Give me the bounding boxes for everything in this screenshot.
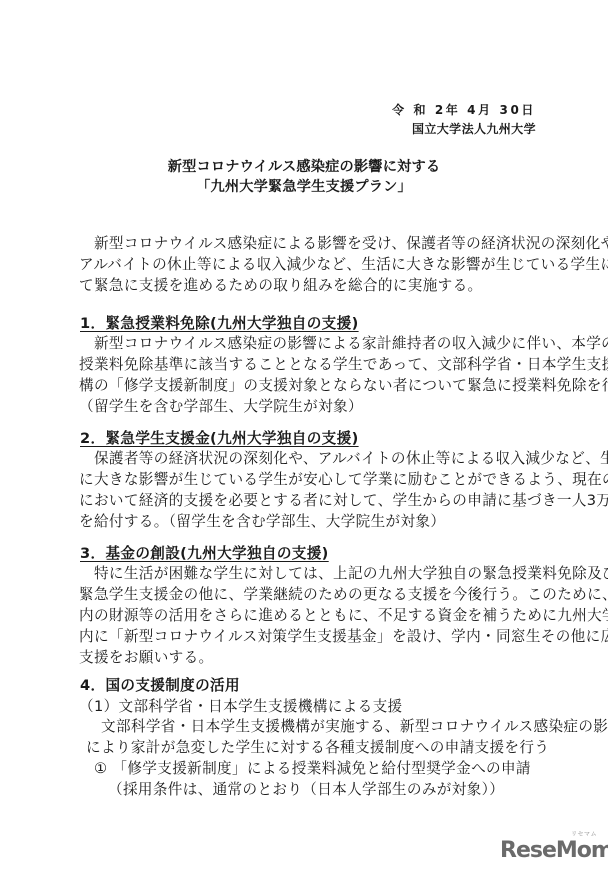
- section-heading-4: 4．国の支援制度の活用: [80, 676, 240, 696]
- section-4-line: により家計が急変した学生に対する各種支援制度への申請支援を行う: [86, 738, 549, 758]
- section-2-line: を給付する。（留学生を含む学部生、大学院生が対象）: [79, 512, 445, 532]
- watermark-kana: リセマム: [571, 829, 597, 838]
- section-3-line: 特に生活が困難な学生に対しては、上記の九州大学独自の緊急授業料免除及び: [79, 564, 608, 584]
- section-1-line: 新型コロナウイルス感染症の影響による家計維持者の収入減少に伴い、本学の: [79, 334, 608, 354]
- resemom-logo: ReseMom: [500, 838, 608, 863]
- section-heading-1: 1．緊急授業料免除(九州大学独自の支援): [80, 314, 359, 334]
- intro-line: て緊急に支援を進めるための取り組みを総合的に実施する。: [79, 276, 482, 296]
- section-3-line: 緊急学生支援金の他に、学業継続のための更なる支援を今後行う。このために、学: [79, 585, 608, 605]
- section-1-line: 授業料免除基準に該当することとなる学生であって、文部科学省・日本学生支援機: [79, 355, 608, 375]
- section-4-line: 文部科学省・日本学生支援機構が実施する、新型コロナウイルス感染症の影響: [101, 717, 608, 737]
- section-2-line: 保護者等の経済状況の深刻化や、アルバイトの休止等による収入減少など、生活: [79, 449, 608, 469]
- section-1-line: （留学生を含む学部生、大学院生が対象）: [79, 397, 363, 417]
- document-page: 令 和 2年 4月 30日 国立大学法人九州大学 新型コロナウイルス感染症の影響…: [0, 0, 608, 874]
- section-4-subheading: （1）文部科学省・日本学生支援機構による支援: [79, 697, 402, 717]
- section-3-line: 内の財源等の活用をさらに進めるとともに、不足する資金を補うために九州大学基金: [79, 606, 608, 626]
- section-heading-3: 3．基金の創設(九州大学独自の支援): [80, 544, 329, 564]
- section-4-item: ① 「修学支援新制度」による授業料減免と給付型奨学金への申請: [94, 759, 531, 779]
- issuing-organization: 国立大学法人九州大学: [412, 119, 536, 139]
- section-1-line: 構の「修学支援新制度」の支援対象とならない者について緊急に授業料免除を行う。: [79, 376, 608, 396]
- document-date: 令 和 2年 4月 30日: [392, 100, 536, 120]
- section-2-line: に大きな影響が生じている学生が安心して学業に励むことができるよう、現在の状況: [79, 470, 608, 490]
- intro-line: アルバイトの休止等による収入減少など、生活に大きな影響が生じている学生に対し: [79, 255, 608, 275]
- section-3-line: 支援をお願いする。: [79, 648, 214, 668]
- intro-line: 新型コロナウイルス感染症による影響を受け、保護者等の経済状況の深刻化や、: [79, 234, 608, 254]
- document-title-line-2: 「九州大学緊急学生支援プラン」: [0, 177, 608, 197]
- document-title-line-1: 新型コロナウイルス感染症の影響に対する: [0, 157, 608, 177]
- section-heading-2: 2．緊急学生支援金(九州大学独自の支援): [80, 429, 359, 449]
- section-4-item-note: （採用条件は、通常のとおり（日本人学部生のみが対象））: [108, 780, 504, 800]
- section-2-line: において経済的支援を必要とする者に対して、学生からの申請に基づき一人3万円: [79, 491, 608, 511]
- section-3-line: 内に「新型コロナウイルス対策学生支援基金」を設け、学内・同窓生その他に広くご: [79, 627, 608, 647]
